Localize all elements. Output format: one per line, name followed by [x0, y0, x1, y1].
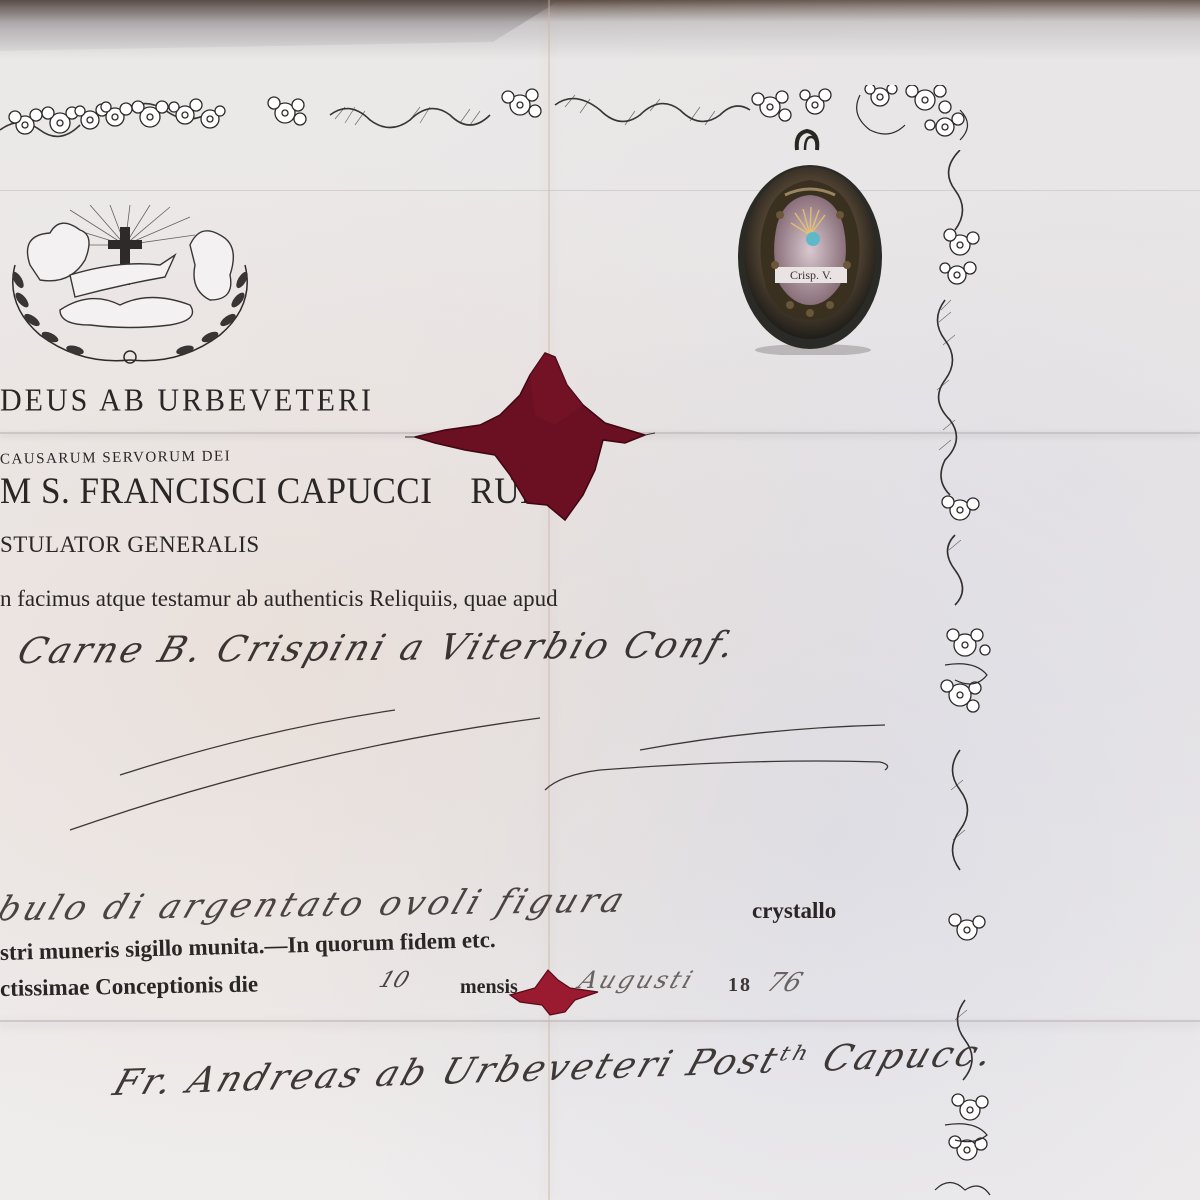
reliquary-locket: Crisp. V.: [735, 125, 885, 355]
wax-seal-tear-lower: [500, 960, 610, 1020]
crystallo-word: crystallo: [752, 898, 836, 924]
conceptionis-line: ctissimae Conceptionis die: [0, 971, 258, 1002]
certification-line: n facimus atque testamur ab authenticis …: [0, 586, 558, 612]
fold-line-upper: [0, 190, 1200, 191]
author-heading: DEUS AB URBEVETERI: [0, 383, 374, 419]
year-prefix: 18: [728, 974, 752, 997]
fold-line-lower: [0, 1020, 1200, 1022]
wax-seal-tear-upper: [405, 345, 655, 535]
handwritten-flourish-lines: [0, 690, 900, 850]
postulator-line: STULATOR GENERALIS: [0, 532, 260, 558]
cross-emblem-icon: [0, 205, 260, 375]
handwritten-relic-name: Carne B. Crispini a Viterbio Conf.: [13, 625, 743, 672]
causarum-line: CAUSARUM SERVORUM DEI: [0, 448, 231, 468]
order-heading-visible: M S. FRANCISCI CAPUCCI: [0, 471, 432, 512]
reliquary-label: Crisp. V.: [790, 268, 832, 282]
